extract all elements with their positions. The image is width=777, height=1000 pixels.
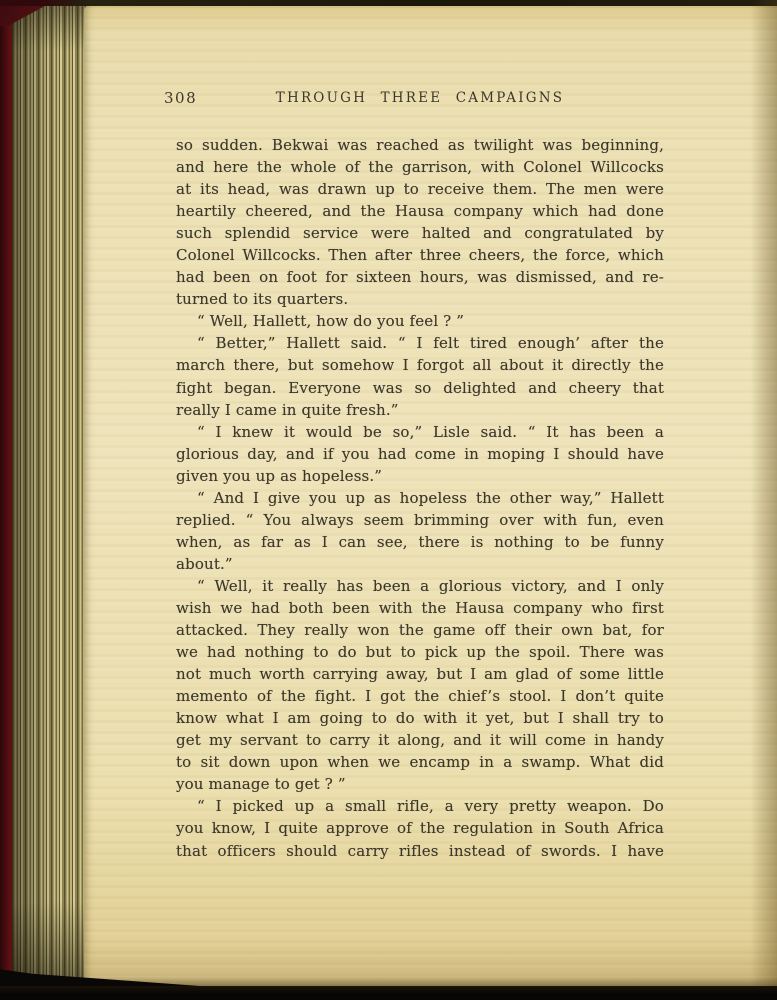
text-line: know what I am going to do with it yet, … [176, 707, 664, 729]
page-number: 308 [164, 89, 197, 107]
text-line: given you up as hopeless.” [176, 465, 664, 487]
text-line: about.” [176, 553, 664, 575]
text-line: really I came in quite fresh.” [176, 399, 664, 421]
printed-text-block: 308 THROUGH THREE CAMPAIGNS so sudden. B… [176, 88, 664, 862]
text-line: memento of the fight. I got the chief’s … [176, 685, 664, 707]
book-scan-photo: 308 THROUGH THREE CAMPAIGNS so sudden. B… [0, 0, 777, 1000]
text-line: you manage to get ? ” [176, 773, 664, 795]
text-line: turned to its quarters. [176, 288, 664, 310]
text-line: you know, I quite approve of the regulat… [176, 817, 664, 839]
text-line: “ I picked up a small rifle, a very pret… [176, 795, 664, 817]
text-line: so sudden. Bekwai was reached as twiligh… [176, 134, 664, 156]
text-line: that officers should carry rifles instea… [176, 840, 664, 862]
text-line: fight began. Everyone was so delighted a… [176, 377, 664, 399]
text-line: heartily cheered, and the Hausa company … [176, 200, 664, 222]
text-line: “ Well, it really has been a glorious vi… [176, 575, 664, 597]
text-line: wish we had both been with the Hausa com… [176, 597, 664, 619]
text-line: and here the whole of the garrison, with… [176, 156, 664, 178]
text-line: not much worth carrying away, but I am g… [176, 663, 664, 685]
top-shadow [0, 0, 777, 6]
running-title: THROUGH THREE CAMPAIGNS [176, 88, 664, 106]
text-line: had been on foot for sixteen hours, was … [176, 266, 664, 288]
text-line: “ And I give you up as hopeless the othe… [176, 487, 664, 509]
text-line: “ I knew it would be so,” Lisle said. “ … [176, 421, 664, 443]
text-line: when, as far as I can see, there is noth… [176, 531, 664, 553]
bottom-shadow [0, 986, 777, 1000]
text-line: glorious day, and if you had come in mop… [176, 443, 664, 465]
page-body: so sudden. Bekwai was reached as twiligh… [176, 134, 664, 862]
page-fore-edges [12, 2, 88, 990]
text-line: get my servant to carry it along, and it… [176, 729, 664, 751]
text-line: replied. “ You always seem brimming over… [176, 509, 664, 531]
text-line: at its head, was drawn up to receive the… [176, 178, 664, 200]
page-header: 308 THROUGH THREE CAMPAIGNS [176, 88, 664, 108]
text-line: march there, but somehow I forgot all ab… [176, 354, 664, 376]
text-line: such splendid service were halted and co… [176, 222, 664, 244]
text-line: Colonel Willcocks. Then after three chee… [176, 244, 664, 266]
text-line: “ Better,” Hallett said. “ I felt tired … [176, 332, 664, 354]
text-line: we had nothing to do but to pick up the … [176, 641, 664, 663]
text-line: attacked. They really won the game off t… [176, 619, 664, 641]
text-line: to sit down upon when we encamp in a swa… [176, 751, 664, 773]
text-line: “ Well, Hallett, how do you feel ? ” [176, 310, 664, 332]
